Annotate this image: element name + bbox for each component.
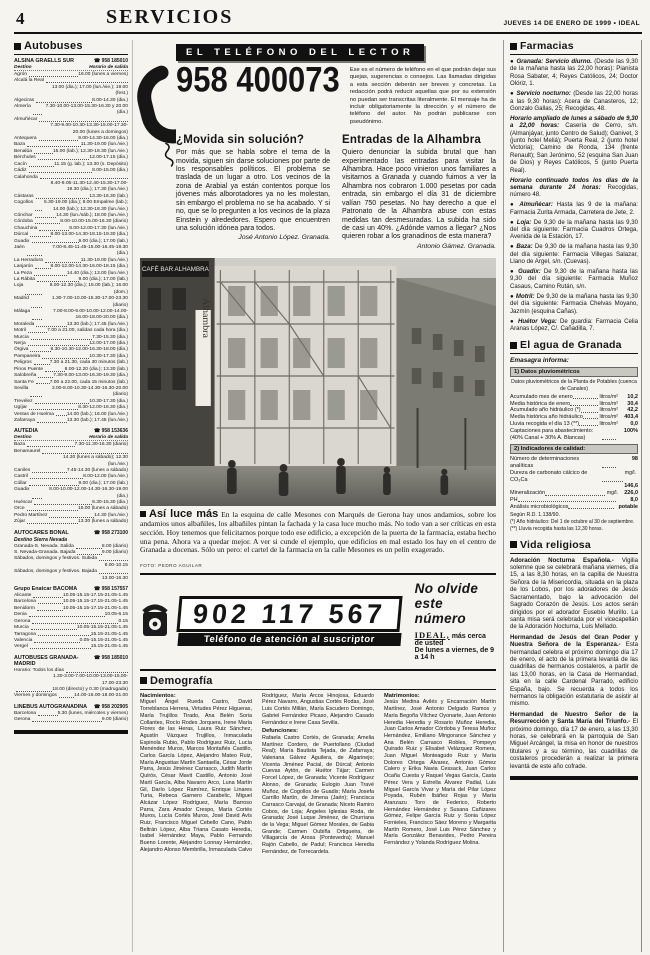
water-data-unit: litros/m² xyxy=(598,414,620,421)
photo-caption: Así luce más En la esquina de calle Meso… xyxy=(140,510,496,555)
pharmacy-entry: ● Loja: De 9,30 de la mañana hasta las 9… xyxy=(510,219,638,241)
religious-notice-label: Adoración Nocturna Española.- xyxy=(510,557,614,564)
religious-notice-text: El próximo domingo, día 17 de enero, a l… xyxy=(510,718,638,769)
route-destination: Málaga xyxy=(14,309,32,322)
column-header-horario: Horario de salida xyxy=(89,435,128,440)
dot-leader xyxy=(36,322,66,327)
bus-route-row: Loja 8.00-12.30 (dia.); 15.00 (lab.); 16… xyxy=(14,283,128,296)
agua-section: El agua de Granada Emasagra informa: 1) … xyxy=(510,339,638,531)
dot-leader xyxy=(45,367,65,372)
dot-leader xyxy=(34,360,50,365)
ideal-logo: IDEAL, xyxy=(415,630,450,640)
dot-leader xyxy=(32,239,79,244)
route-destination: Zújar xyxy=(14,519,27,525)
bus-route-row: Horario: Todos los días 1.30-3.00-7.00-1… xyxy=(14,668,128,687)
pharmacy-entry: ● Almuñécar: Hasta las 9 de la mañana: F… xyxy=(510,201,638,216)
dot-leader xyxy=(579,421,597,426)
dot-leader xyxy=(39,136,79,141)
route-destination: Viernes y domingos xyxy=(14,693,59,699)
dot-leader xyxy=(27,142,81,147)
water-data-label: Acumulado año hidráulico (*) xyxy=(510,407,581,414)
banner-slogan: No olvide este número xyxy=(415,581,496,626)
dot-leader xyxy=(46,78,128,83)
bus-route-row: Calahonda 8.40-9.05-11.30-12.40-15.30-17… xyxy=(14,175,128,194)
letter-headline: Entradas de la Alhambra xyxy=(342,134,496,146)
column-header-horario: Horario de salida xyxy=(89,65,128,70)
religious-notice-text: Esta hermandad celebra el próximo doming… xyxy=(510,641,638,707)
route-times: 14.00-16.00-18.00-21.00 xyxy=(74,693,128,699)
water-quality-label: Dureza de carbonato cálcico de CO₃Ca xyxy=(510,470,602,484)
operator-name: ALSINA GRAELLS SUR xyxy=(14,58,74,64)
operator-phone: ☎ 958 153636 xyxy=(94,428,128,434)
subscriber-phone-label: Teléfono de atención al suscriptor xyxy=(177,633,401,646)
pharmacy-entry: Horario continuado todos los días de la … xyxy=(510,177,638,199)
route-destination: Sevilla xyxy=(14,386,30,399)
quality-subheader: 2) Indicadores de calidad: xyxy=(510,444,638,454)
bus-route-row: Zafarraya 13.30 (lab.); 17.45 (lun./vie.… xyxy=(14,418,128,424)
farmacias-section: Farmacias ● Granada: Servicio diurno. (D… xyxy=(510,40,638,332)
svg-text:CAFÉ BAR ALHAMBRA: CAFÉ BAR ALHAMBRA xyxy=(142,264,209,273)
dot-leader xyxy=(27,519,78,524)
telephone-handset-icon xyxy=(136,44,176,194)
dot-leader xyxy=(29,168,93,173)
bus-route-row: Viernes y domingos 14.00-16.00-18.00-21.… xyxy=(14,693,128,699)
vida-section-header: Vida religiosa xyxy=(510,539,638,554)
footnote-1: (*) Año hidráulico: Del 1 de octubre al … xyxy=(510,519,638,525)
page-number: 4 xyxy=(16,9,106,29)
agua-section-header: El agua de Granada xyxy=(510,339,638,354)
dot-leader xyxy=(37,606,63,611)
dot-leader xyxy=(28,341,90,346)
water-data-value: 100% xyxy=(620,428,638,442)
water-quality-unit: mg/l. xyxy=(623,470,638,484)
operator-phone: ☎ 958 185010 xyxy=(94,58,128,64)
dot-leader xyxy=(66,668,128,673)
farmacias-section-header: Farmacias xyxy=(510,40,638,55)
route-destination: Loja xyxy=(14,283,25,296)
dot-leader xyxy=(29,481,79,486)
demografia-section: Demografía Nacimientos:Miguel Ángel Rued… xyxy=(140,675,496,856)
route-times: 14.30 (lunes a sábado); 12.30 (lun./vie.… xyxy=(42,455,128,468)
water-data-label: Acumulado mes de enero xyxy=(510,394,573,401)
route-destination: Almuñécar xyxy=(14,117,39,123)
route-times: 5.30-19.00 (dia.); 8.00 Empalme (lab.); … xyxy=(42,200,128,213)
pluviometric-subheader: 1) Datos pluviométricos xyxy=(510,367,638,377)
route-destination: Vergel xyxy=(14,644,30,650)
water-data-unit: litros/m² xyxy=(598,407,620,414)
farmacias-title: Farmacias xyxy=(520,40,574,52)
dot-leader xyxy=(581,407,598,412)
dot-leader xyxy=(29,162,54,167)
water-data-row: Acumulado mes de enero litros/m² 10,2 xyxy=(510,394,638,401)
pharmacy-entry: ● Motril: De 9,30 de la mañana hasta las… xyxy=(510,293,638,315)
water-quality-value: potable xyxy=(618,504,638,511)
dot-leader xyxy=(30,347,50,352)
dot-leader xyxy=(568,504,614,509)
agua-title: El agua de Granada xyxy=(520,339,622,351)
right-column: Farmacias ● Granada: Servicio diurno. (D… xyxy=(504,40,642,952)
water-quality-row: PH 8,0 xyxy=(510,497,638,504)
route-times: 13.30 (lab.); 17.45 (lun./vie.) xyxy=(67,418,128,424)
dot-leader xyxy=(34,271,67,276)
dot-leader xyxy=(29,612,105,617)
section-square-icon xyxy=(510,43,517,50)
subscriber-banner-right: No olvide este número IDEAL, más cerca d… xyxy=(415,581,496,661)
bus-operator-autedia: AUTEDIA ☎ 958 153636 Destino Horario de … xyxy=(14,428,128,525)
route-destination: Gerona xyxy=(14,717,32,723)
water-quality-row: Mineralización mg/l. 226,0 xyxy=(510,490,638,497)
route-destination: Cogollos xyxy=(14,200,35,213)
demografia-title: Demografía xyxy=(150,675,213,687)
route-times: 8.00-10.00-12.00-14.30-16.30-19.00 (dia.… xyxy=(42,487,128,500)
banner-hours: De lunes a viernes, de 9 a 14 h xyxy=(415,647,496,661)
letter-headline: ¿Movida sin solución? xyxy=(176,134,330,146)
dot-leader xyxy=(35,264,50,269)
bus-operator-alsina: ALSINA GRAELLS SUR ☎ 958 185010 Destino … xyxy=(14,58,128,424)
route-times: 1.30-7.00-10.00-15.30-17.00-23.30 (diari… xyxy=(42,296,128,309)
dot-leader xyxy=(602,470,623,482)
dot-leader xyxy=(56,412,67,417)
water-data-row: Acumulado año hidráulico (*) litros/m² 4… xyxy=(510,407,638,414)
dot-leader xyxy=(602,428,616,440)
dot-leader xyxy=(33,104,42,115)
dot-leader xyxy=(602,456,616,468)
subscriber-phone-banner: 902 117 567 Teléfono de atención al susc… xyxy=(140,579,496,664)
dot-leader xyxy=(35,213,57,218)
dot-leader xyxy=(40,175,128,180)
water-data-value: 403,4 xyxy=(620,414,638,421)
letter-body: Por más que se habla sobre el tema de la… xyxy=(176,149,330,242)
dot-leader xyxy=(545,490,605,495)
caption-square-icon xyxy=(140,511,146,517)
dot-leader xyxy=(49,513,94,518)
water-quality-row: Número de determinaciones analíticas 98 xyxy=(510,456,638,470)
page-title: SERVICIOS xyxy=(106,6,233,29)
pharmacy-entry: Horario ampliado de lunes a sábado de 9,… xyxy=(510,115,638,174)
pharmacy-entry-label: ● Huétor Vega: xyxy=(510,318,557,325)
defunciones-label: Defunciones: xyxy=(262,728,374,735)
dot-leader xyxy=(31,625,77,630)
dot-leader xyxy=(35,200,42,211)
dot-leader xyxy=(39,226,69,231)
water-quality-row: Análisis microbiológicos potable xyxy=(510,504,638,511)
bus-operator-linebus: LINEBUS AUTOGRANADINA ☎ 958 202905 Barce… xyxy=(14,704,128,724)
route-times: 7.30-9.00-10.30-13.30-15.00-17.30-20.00 … xyxy=(42,123,128,136)
dot-leader xyxy=(573,394,598,399)
water-data-value: 0,0 xyxy=(620,421,638,428)
operator-phone: ☎ 958 273100 xyxy=(94,530,128,536)
dot-leader xyxy=(34,638,79,643)
water-data-unit: litros/m² xyxy=(598,394,620,401)
dot-leader xyxy=(29,72,78,77)
dot-leader xyxy=(32,487,43,498)
bus-route-row: Almería 7.30-10.00-13.00-15.30-16.30 y 2… xyxy=(14,104,128,117)
bus-operator-bonal: AUTOCARES BONAL ☎ 958 273100 Destino Sie… xyxy=(14,530,128,582)
route-destination: Guadix xyxy=(14,487,32,500)
operator-name: Grupo Enatcar BACOMA xyxy=(14,586,77,592)
water-data-unit: litros/m² xyxy=(598,421,620,428)
route-times: 3.00-8.00-10.30-14.30-16.30-20.00 (diari… xyxy=(42,386,128,399)
dot-leader xyxy=(38,711,58,716)
route-times: 8.40-9.05-11.30-12.40-15.30-17.00-19.30 … xyxy=(42,181,128,194)
pharmacy-entry-text: Casería de Cerro, s/n. (Almanjáyar, junt… xyxy=(510,122,638,173)
telefono-intro: Ese es el número de teléfono en el que p… xyxy=(350,67,496,126)
demografia-section-header: Demografía xyxy=(140,675,496,690)
operator-name: AUTOCARES BONAL xyxy=(14,530,69,536)
pharmacy-entry-label: ● Baza: xyxy=(510,243,533,250)
pharmacy-entry: ● Guadix: De 9,30 de la mañana hasta las… xyxy=(510,268,638,290)
water-quality-label: Mineralización xyxy=(510,490,545,497)
dot-leader xyxy=(29,405,78,410)
reader-letters: ¿Movida sin solución? Por más que se hab… xyxy=(176,134,496,251)
letter-signature: Antonio Gámez. Granada. xyxy=(342,243,496,251)
religious-notice: Adoración Nocturna Española.- Vigilia so… xyxy=(510,557,638,631)
dot-leader xyxy=(59,693,74,698)
dot-leader xyxy=(25,283,42,294)
water-data-value: 30,4 xyxy=(620,401,638,408)
dot-leader xyxy=(45,258,81,263)
operator-phone: ☎ 958 185010 xyxy=(94,655,128,661)
dot-leader xyxy=(37,277,79,282)
autobuses-section-header: Autobuses xyxy=(14,40,128,55)
dot-leader xyxy=(570,401,597,406)
vida-religiosa-section: Vida religiosa Adoración Nocturna Españo… xyxy=(510,539,638,780)
dot-leader xyxy=(32,619,118,624)
dot-leader xyxy=(16,687,52,692)
dot-leader xyxy=(34,149,53,154)
matrimonios-block: Matrimonios:Jesús Medina Avilés y Encarn… xyxy=(384,693,496,847)
religious-notice-label: Hermandad de Jesús del Gran Poder y Nues… xyxy=(510,634,638,648)
water-data-label: Captaciones para abastecimiento: (40% Ca… xyxy=(510,428,602,442)
route-times: 13.00 (dia.); 17.00 (lun./vie.); 19.00 (… xyxy=(42,85,128,98)
dot-leader xyxy=(38,599,63,604)
route-times: 8.00-12.30 (dia.); 15.00 (lab.); 16.00 (… xyxy=(42,283,128,296)
dot-leader xyxy=(39,117,128,122)
water-quality-row: Dureza de carbonato cálcico de CO₃Ca mg/… xyxy=(510,470,638,490)
water-quality-value: 226,0 xyxy=(620,490,638,497)
dot-leader xyxy=(33,593,63,598)
main-column: EL TELÉFONO DEL LECTOR 958 400073 Ese es… xyxy=(132,40,504,952)
bus-route-row: Guadix 8.00-10.00-12.00-14.30-16.30-19.0… xyxy=(14,487,128,500)
operator-phone: ☎ 958 157557 xyxy=(94,586,128,592)
letter-movida: ¿Movida sin solución? Por más que se hab… xyxy=(176,134,330,251)
section-end-bar xyxy=(14,730,128,734)
dot-leader xyxy=(36,194,90,199)
route-times: 7.00-8.00-9.00-10.00-12.00-14.00-16.00-1… xyxy=(42,309,128,322)
route-destination: Almería xyxy=(14,104,33,117)
dot-leader xyxy=(37,418,67,423)
autobuses-column: Autobuses ALSINA GRAELLS SUR ☎ 958 18501… xyxy=(14,40,132,952)
route-times: 13.00-16.30 xyxy=(102,576,128,582)
dot-leader xyxy=(518,497,616,502)
dot-leader xyxy=(32,468,67,473)
operator-subtitle: Destino Sierra Nevada xyxy=(14,537,128,543)
telephone-icon xyxy=(140,602,170,640)
water-quality-label: Análisis microbiológicos xyxy=(510,504,568,511)
page-header: 4 SERVICIOS JUEVES 14 DE ENERO DE 1999 •… xyxy=(14,8,642,34)
dot-leader xyxy=(99,556,128,561)
dot-leader xyxy=(28,328,47,333)
street-photo: CAFÉ BAR ALHAMBRA Alhambra xyxy=(140,258,496,506)
pharmacy-entry-label: ● Almuñécar: xyxy=(510,201,553,208)
section-square-icon xyxy=(140,677,147,684)
water-data-unit: litros/m² xyxy=(598,401,620,408)
reader-phone-number: 958 400073 xyxy=(176,63,340,98)
operator-name: LINEBUS AUTOGRANADINA xyxy=(14,704,87,710)
bus-operator-bacoma: Grupo Enatcar BACOMA ☎ 958 157557 Alican… xyxy=(14,586,128,651)
route-destination: Benamaurel xyxy=(14,449,42,455)
water-data-value: 10,2 xyxy=(620,394,638,401)
section-end-bar xyxy=(510,776,638,780)
subscriber-phone-number: 902 117 567 xyxy=(176,596,402,632)
pharmacy-entry: ● Servicio nocturno: (Desde las 22,00 ho… xyxy=(510,90,638,112)
religious-notice-label: Hermandad de Nuestro Señor de la Resurre… xyxy=(510,711,638,725)
route-times: 7.30-10.00-13.00-15.30-16.30 y 20.00 (di… xyxy=(42,104,128,117)
bus-route-row: Cogollos 5.30-19.00 (dia.); 8.00 Empalme… xyxy=(14,200,128,213)
bus-operator-granada-madrid: AUTOBUSES GRANADA-MADRID ☎ 958 185010 Ho… xyxy=(14,655,128,700)
water-quality-value: 98 xyxy=(620,456,638,470)
defunciones-text: Rafaela Castro Cortés, de Granada; Ameli… xyxy=(262,735,374,855)
dot-leader xyxy=(36,98,92,103)
water-data-row: Captaciones para abastecimiento: (40% Ca… xyxy=(510,428,638,442)
route-times: 9.00 (diario) xyxy=(102,717,128,723)
route-destination: Jaén xyxy=(14,245,27,258)
bus-route-row: Jaén 7.00-8.45-11.45-15.00-16.45-19.30 (… xyxy=(14,245,128,258)
horizontal-rule xyxy=(140,573,496,575)
section-square-icon xyxy=(510,541,517,548)
dot-leader xyxy=(30,232,50,237)
dot-leader xyxy=(31,296,42,307)
dot-leader xyxy=(99,569,128,574)
route-times: 7.00-8.45-11.45-15.00-16.45-19.30 (dia.) xyxy=(42,245,128,258)
pharmacy-entry: ● Baza: De 9,30 de la mañana hasta las 9… xyxy=(510,243,638,265)
dot-leader xyxy=(42,354,89,359)
footnote-2: (**) Lluvia recogida hasta las 12,30 hor… xyxy=(510,526,638,532)
dot-leader xyxy=(583,414,598,419)
route-destination: Sábados, domingos y festivos. Bajada xyxy=(14,569,99,575)
newspaper-page: 4 SERVICIOS JUEVES 14 DE ENERO DE 1999 •… xyxy=(0,0,650,955)
dot-leader xyxy=(30,644,91,649)
route-destination: Madrid xyxy=(14,296,31,309)
operator-name: AUTEDIA xyxy=(14,428,38,434)
bus-route-row: Sábados, domingos y festivos. Subida 8.0… xyxy=(14,556,128,569)
horizontal-rule xyxy=(140,669,496,671)
pharmacy-entry-label: ● Guadix: xyxy=(510,268,541,275)
pharmacy-entry-label: ● Motril: xyxy=(510,293,535,300)
water-data-label: Lluvia recogida el día 13 (**) xyxy=(510,421,579,428)
route-destination: Calahonda xyxy=(14,175,40,181)
dot-leader xyxy=(32,309,42,320)
dot-leader xyxy=(31,335,92,340)
pharmacy-entry-label: ● Loja: xyxy=(510,219,531,226)
dot-leader xyxy=(35,399,90,404)
route-times: 15.15-21.05-1.45 xyxy=(91,644,128,650)
water-data-value: 42,2 xyxy=(620,407,638,414)
bus-route-row: Almuñécar 7.30-9.00-10.30-13.30-15.00-17… xyxy=(14,117,128,136)
route-times: 1.30-3.00-7.00-10.00-13.00-15.00-17.00-2… xyxy=(42,674,128,687)
demografia-columns: Nacimientos:Miguel Ángel Rueda Castro, D… xyxy=(140,693,496,856)
vida-title: Vida religiosa xyxy=(520,539,591,551)
pluviometric-note: Datos pluviométricos de la Planta de Pot… xyxy=(510,379,638,391)
telefono-del-lector-section: EL TELÉFONO DEL LECTOR 958 400073 Ese es… xyxy=(140,42,496,251)
pharmacy-entry: ● Huétor Vega: De guardia: Farmacia Celi… xyxy=(510,318,638,333)
water-data-label: Media histórica año hidráulico xyxy=(510,414,583,421)
pharmacy-entry-label: ● Servicio nocturno: xyxy=(510,90,571,97)
autobuses-title: Autobuses xyxy=(24,40,83,52)
bus-route-row: Vergel 15.15-21.05-1.45 xyxy=(14,644,128,650)
defunciones-block: Defunciones:Rafaela Castro Cortés, de Gr… xyxy=(262,728,374,855)
dot-leader xyxy=(38,632,91,637)
religious-notice-text: Vigilia solemne que se celebrará mañana … xyxy=(510,557,638,631)
page-columns: Autobuses ALSINA GRAELLS SUR ☎ 958 18501… xyxy=(14,40,642,952)
dot-leader xyxy=(32,717,102,722)
water-data-row: Media histórica de enero litros/m² 30,4 xyxy=(510,401,638,408)
dot-leader xyxy=(35,219,61,224)
religious-notice: Hermandad de Nuestro Señor de la Resurre… xyxy=(510,711,638,770)
regulation-note: Según R.D. 1.138/90. xyxy=(510,512,638,518)
operator-phone: ☎ 958 202905 xyxy=(94,704,128,710)
water-quality-unit: mg/l. xyxy=(605,490,620,497)
dot-leader xyxy=(34,500,92,505)
bus-route-row: Alcalá la Real 13.00 (dia.); 17.00 (lun.… xyxy=(14,78,128,97)
bus-route-row: Sábados, domingos y festivos. Bajada 13.… xyxy=(14,569,128,582)
water-quality-value: 146,6 xyxy=(620,483,638,490)
dot-leader xyxy=(36,380,50,385)
bus-route-row: Gerona 9.00 (diario) xyxy=(14,717,128,723)
dateline: JUEVES 14 DE ENERO DE 1999 • IDEAL xyxy=(503,20,640,29)
bus-route-row: Benamaurel 14.30 (lunes a sábado); 12.30… xyxy=(14,449,128,468)
photo-credit: FOTO: PEDRO AGUILAR xyxy=(140,563,496,568)
dot-leader xyxy=(38,373,53,378)
operator-name: AUTOBUSES GRANADA-MADRID xyxy=(14,655,94,667)
route-destination: Sábados, domingos y festivos. Subida xyxy=(14,556,99,562)
letter-body: Quiero denunciar la subida brutal que ha… xyxy=(342,149,496,251)
religious-notice: Hermandad de Jesús del Gran Poder y Nues… xyxy=(510,634,638,708)
water-quality-label: PH xyxy=(510,497,518,504)
pharmacy-entry: ● Granada: Servicio diurno. (Desde las 9… xyxy=(510,58,638,88)
dot-leader xyxy=(30,474,83,479)
column-header-destino: Destino xyxy=(14,435,32,440)
dot-leader xyxy=(76,544,102,549)
bus-route-row: Madrid 1.30-7.00-10.00-15.30-17.00-23.30… xyxy=(14,296,128,309)
dot-leader xyxy=(38,155,90,160)
svg-text:Alhambra: Alhambra xyxy=(200,298,211,339)
bus-route-row: Málaga 7.00-8.00-9.00-10.00-12.00-14.00-… xyxy=(14,309,128,322)
water-data-row: Media histórica año hidráulico litros/m²… xyxy=(510,414,638,421)
water-data-row: Lluvia recogida el día 13 (**) litros/m²… xyxy=(510,421,638,428)
matrimonios-text: Jesús Medina Avilés y Encarnación Martín… xyxy=(384,699,496,846)
dot-leader xyxy=(42,449,128,454)
dot-leader xyxy=(30,386,42,397)
bus-route-row: Sevilla 3.00-8.00-10.30-14.30-16.30-20.0… xyxy=(14,386,128,399)
route-destination: Zafarraya xyxy=(14,418,37,424)
bus-route-row: Zújar 13.30 (lunes a sábado) xyxy=(14,519,128,525)
matrimonios-label: Matrimonios: xyxy=(384,693,496,700)
section-square-icon xyxy=(14,43,21,50)
water-data-label: Media histórica de enero xyxy=(510,401,570,408)
letter-alhambra: Entradas de la Alhambra Quiero denunciar… xyxy=(342,134,496,251)
dot-leader xyxy=(27,506,78,511)
route-times: 13.30 (lunes a sábado) xyxy=(78,519,128,525)
pharmacy-entry-label: ● Granada: Servicio diurno. xyxy=(510,58,592,65)
subscriber-number-box: 902 117 567 Teléfono de atención al susc… xyxy=(178,596,401,646)
letter-signature: José Antonio López. Granada. xyxy=(176,234,330,242)
column-header-destino: Destino xyxy=(14,65,32,70)
water-quality-label: Número de determinaciones analíticas xyxy=(510,456,602,470)
water-quality-value: 8,0 xyxy=(620,497,638,504)
dot-leader xyxy=(27,442,74,447)
dot-leader xyxy=(27,245,42,256)
